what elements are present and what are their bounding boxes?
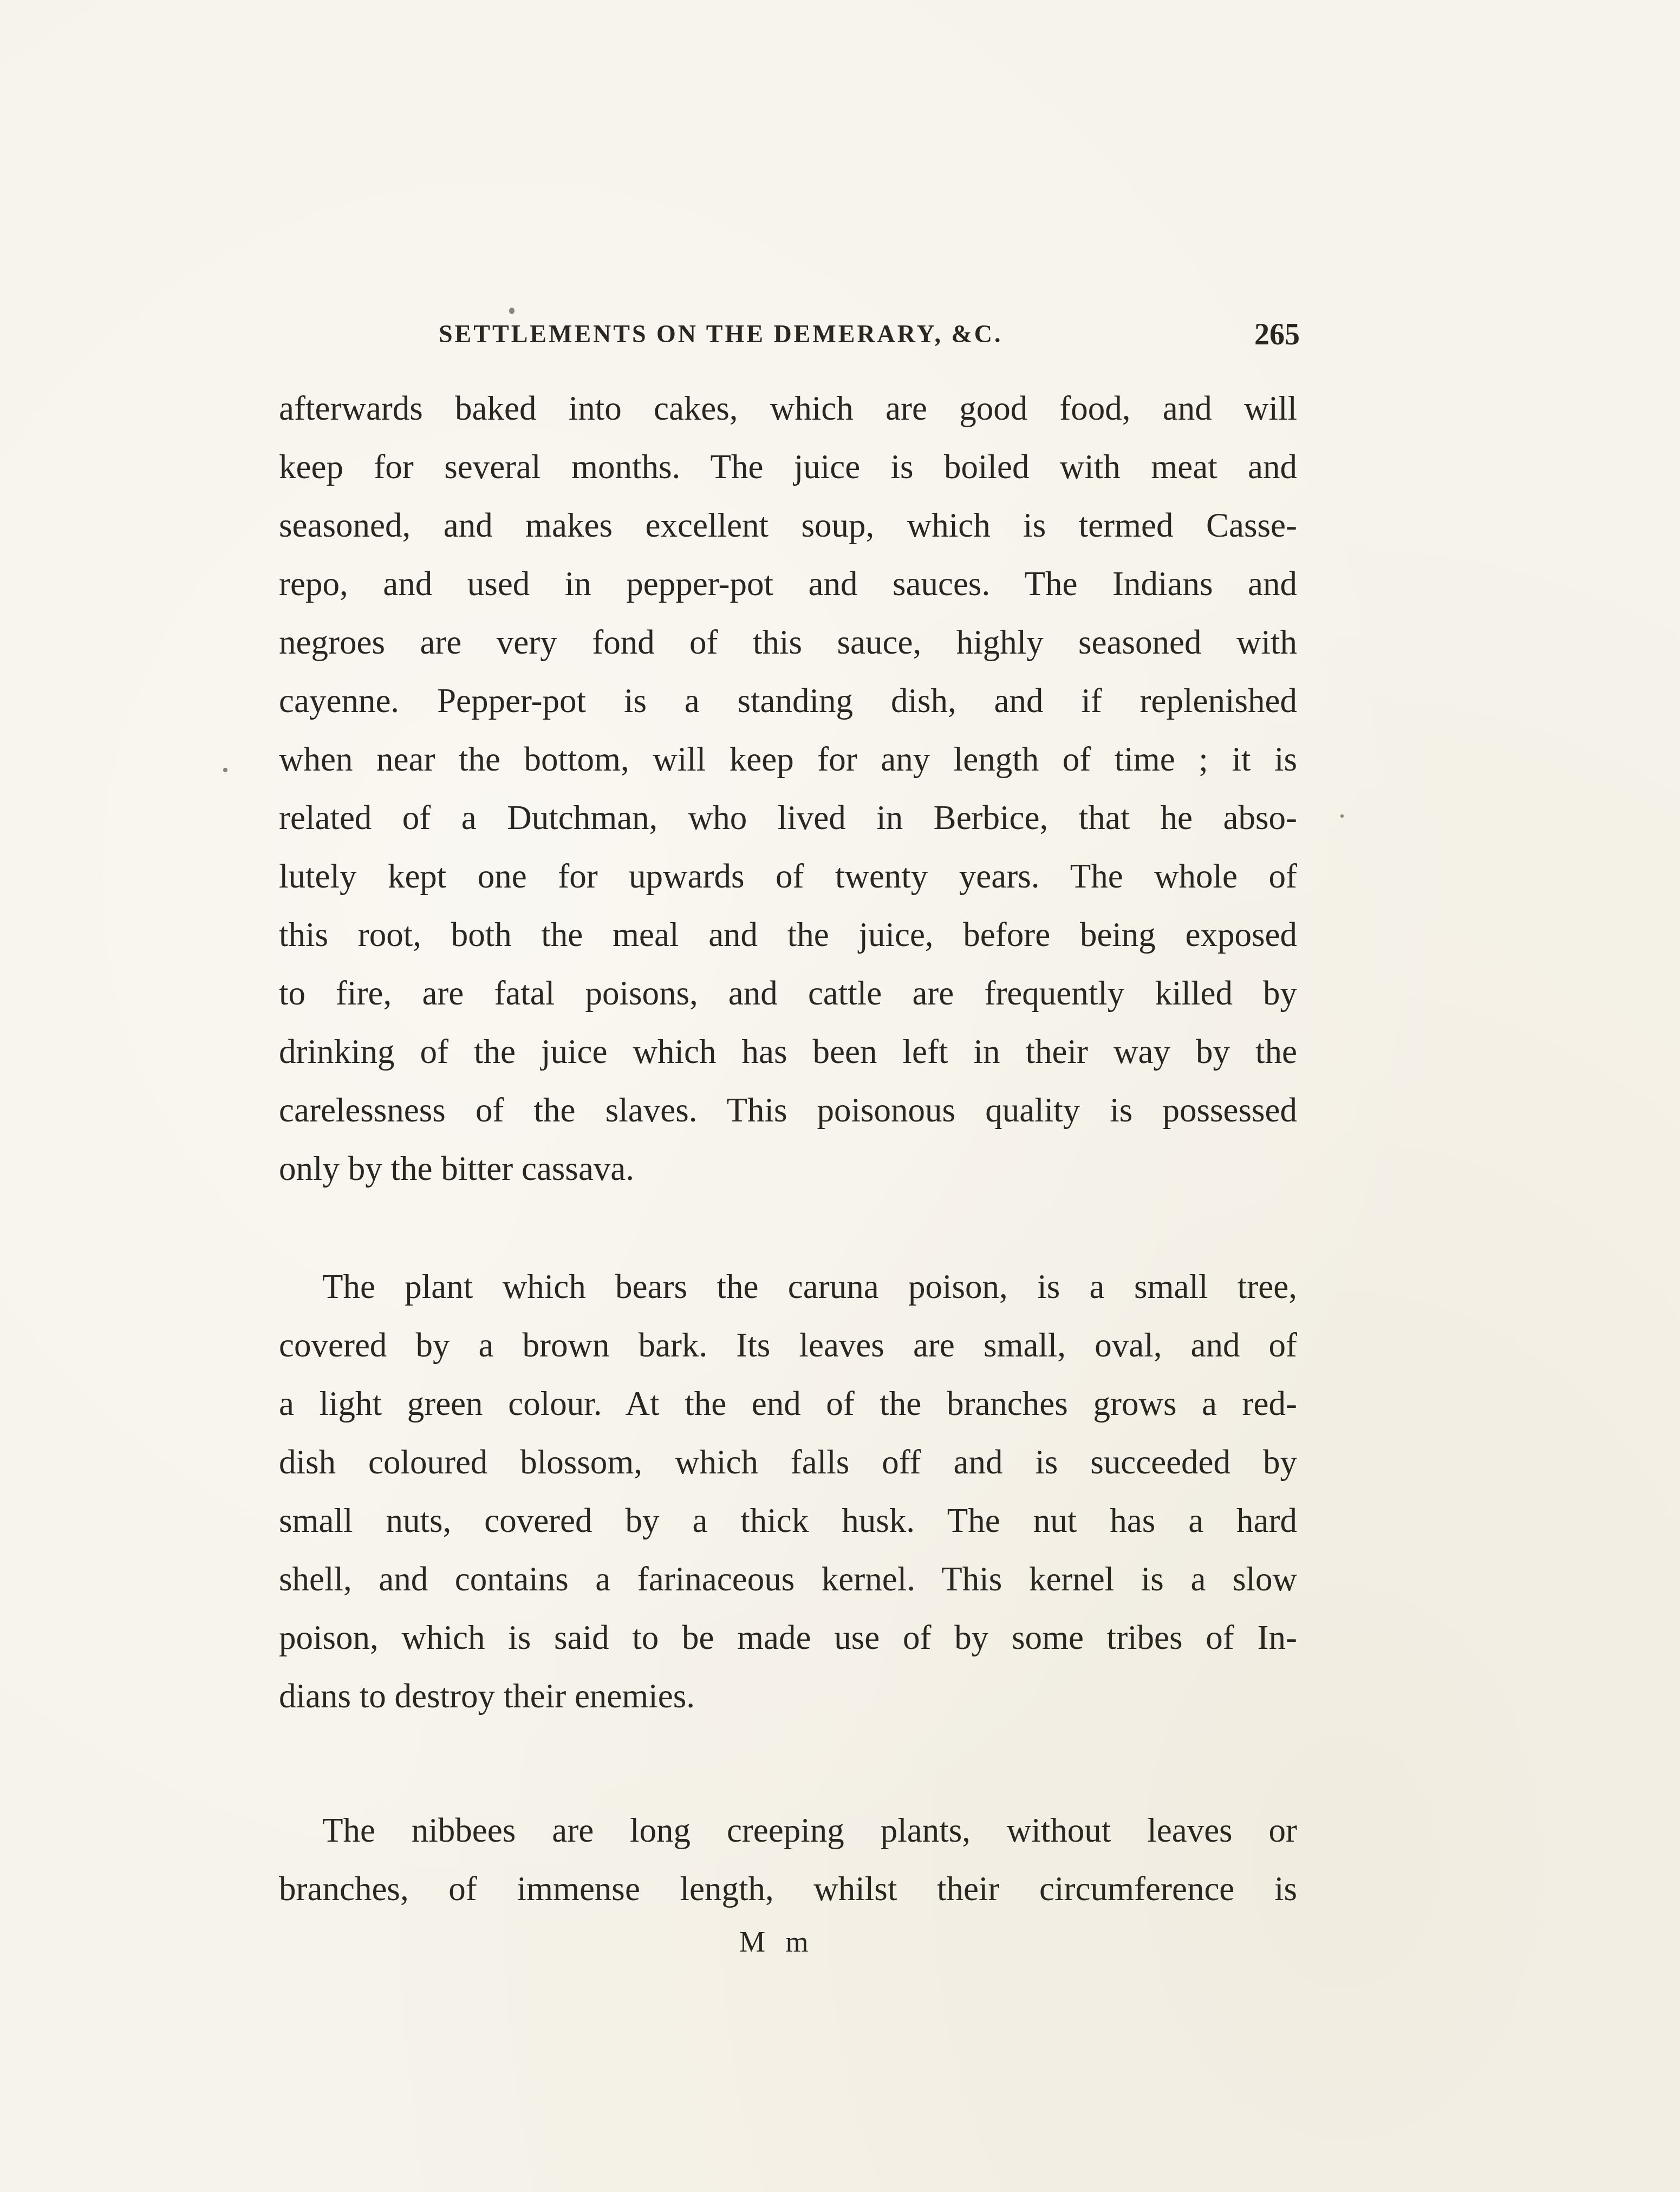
text-line: The plant which bears the caruna poison,… <box>279 1257 1297 1316</box>
text-line: small nuts, covered by a thick husk. The… <box>279 1491 1297 1550</box>
text-line: shell, and contains a farinaceous kernel… <box>279 1550 1297 1608</box>
text-line: afterwards baked into cakes, which are g… <box>279 379 1297 438</box>
text-line: The nibbees are long creeping plants, wi… <box>279 1801 1297 1860</box>
paragraph-nibbees: The nibbees are long creeping plants, wi… <box>279 1801 1297 1918</box>
text-line: cayenne. Pepper-pot is a standing dish, … <box>279 671 1297 730</box>
body-text: afterwards baked into cakes, which are g… <box>279 379 1297 1918</box>
text-line: dish coloured blossom, which falls off a… <box>279 1433 1297 1491</box>
text-line: drinking of the juice which has been lef… <box>279 1022 1297 1081</box>
page-number: 265 <box>1254 317 1300 352</box>
text-line: negroes are very fond of this sauce, hig… <box>279 613 1297 671</box>
paragraph-caruna-poison: The plant which bears the caruna poison,… <box>279 1257 1297 1725</box>
text-line: branches, of immense length, whilst thei… <box>279 1860 1297 1918</box>
paragraph-gap <box>279 1198 1297 1257</box>
text-line: repo, and used in pepper-pot and sauces.… <box>279 554 1297 613</box>
text-line: when near the bottom, will keep for any … <box>279 730 1297 788</box>
text-line: dians to destroy their enemies. <box>279 1667 1297 1725</box>
text-line: carelessness of the slaves. This poisono… <box>279 1081 1297 1139</box>
text-line: seasoned, and makes excellent soup, whic… <box>279 496 1297 554</box>
running-head: SETTLEMENTS ON THE DEMERARY, &C. 265 <box>439 319 1300 363</box>
paragraph-cassava: afterwards baked into cakes, which are g… <box>279 379 1297 1198</box>
ink-speck <box>1340 814 1344 818</box>
running-title: SETTLEMENTS ON THE DEMERARY, &C. <box>439 319 1002 348</box>
ink-speck <box>223 768 227 772</box>
text-line: only by the bitter cassava. <box>279 1139 1297 1198</box>
signature-mark: M m <box>739 1925 815 1959</box>
text-line: poison, which is said to be made use of … <box>279 1608 1297 1667</box>
text-line: lutely kept one for upwards of twenty ye… <box>279 847 1297 905</box>
paragraph-gap <box>279 1725 1297 1801</box>
text-line: this root, both the meal and the juice, … <box>279 905 1297 964</box>
text-line: keep for several months. The juice is bo… <box>279 438 1297 496</box>
text-line: related of a Dutchman, who lived in Berb… <box>279 788 1297 847</box>
text-line: to fire, are fatal poisons, and cattle a… <box>279 964 1297 1022</box>
ink-speck <box>509 308 515 314</box>
text-line: covered by a brown bark. Its leaves are … <box>279 1316 1297 1374</box>
text-line: a light green colour. At the end of the … <box>279 1374 1297 1433</box>
